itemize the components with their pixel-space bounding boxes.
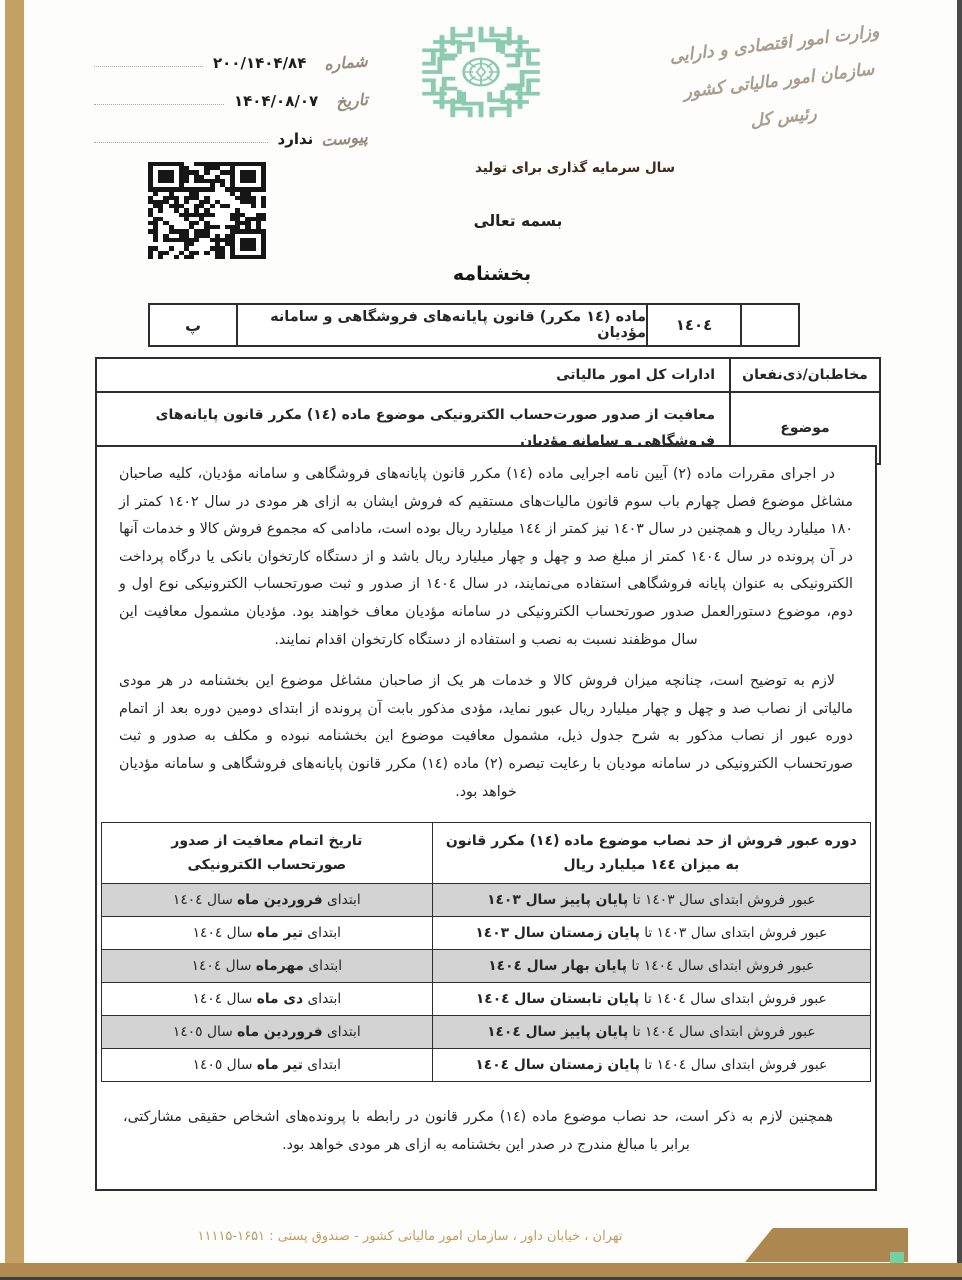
closing-paragraph: همچنین لازم به ذکر است، حد نصاب موضوع ما… [123,1104,849,1159]
exemption-end-date-cell: ابتدای مهرماه سال ١٤٠٤ [102,950,433,983]
basmala-heading: بسمه تعالی [318,212,718,230]
letter-attachment-value: ندارد [278,130,314,148]
bottom-tan-bar [0,1263,962,1277]
period-cell: عبور فروش ابتدای سال ١٤٠٣ تا پایان زمستا… [432,917,870,950]
classification-empty-cell [740,305,798,345]
document-type-heading: بخشنامه [292,263,692,285]
letter-attachment-row: پیوست ندارد [92,110,370,148]
body-paragraph-1: در اجرای مقررات ماده (٢) آیین نامه اجرای… [119,461,853,654]
letter-meta-block: شماره ۲۰۰/۱۴۰۴/۸۴ تاریخ ۱۴۰۴/۰۸/۰۷ پیوست… [92,34,370,148]
letter-number-value: ۲۰۰/۱۴۰۴/۸۴ [213,54,306,72]
period-cell: عبور فروش ابتدای سال ١٤٠٤ تا پایان پاییز… [432,1016,870,1049]
classification-year: ١٤٠٤ [646,305,740,345]
tax-organization-logo-graphic [416,22,546,122]
qr-code [148,162,266,259]
header-date-cell: تاریخ اتمام معافیت از صدور صورتحساب الکت… [102,823,433,884]
audience-label: مخاطبان/ذی‌نفعان [729,359,879,393]
year-slogan-heading: سال سرمایه گذاری برای تولید [375,160,775,176]
letter-date-row: تاریخ ۱۴۰۴/۰۸/۰۷ [92,72,370,110]
table-row: عبور فروش ابتدای سال ١٤٠٣ تا پایان زمستا… [102,917,871,950]
letterhead-calligraphy: وزارت امور اقتصادی و دارایی سازمان امور … [608,6,949,156]
letter-attachment-label: پیوست [321,127,371,150]
table-row: عبور فروش ابتدای سال ١٤٠٤ تا پایان تابست… [102,983,871,1016]
circular-body-box: در اجرای مقررات ماده (٢) آیین نامه اجرای… [95,445,877,1191]
header-period-line2: به میزان ١٤٤ میلیارد ریال [437,853,866,877]
exemption-end-date-cell: ابتدای فروردین ماه سال ١٤٠٥ [102,1016,433,1049]
classification-letter: پ [150,305,236,345]
scan-left-edge-strip [5,0,24,1280]
letter-date-value: ۱۴۰۴/۰۸/۰۷ [234,92,318,110]
footer-address-text: تهران ، خیابان داور ، سازمان امور مالیات… [269,1229,622,1244]
table-header-row: دوره عبور فروش از حد نصاب موضوع ماده (١٤… [102,823,871,884]
table-row: عبور فروش ابتدای سال ١٤٠٤ تا پایان پاییز… [102,1016,871,1049]
dotted-line [94,104,224,105]
table-row: عبور فروش ابتدای سال ١٤٠٣ تا پایان پاییز… [102,884,871,917]
letter-number-row: شماره ۲۰۰/۱۴۰۴/۸۴ [92,34,370,72]
letter-date-label: تاریخ [335,90,370,112]
header-date-line1: تاریخ اتمام معافیت از صدور [106,829,428,853]
header-date-line2: صورتحساب الکترونیکی [106,853,428,877]
footer-tan-parallelogram [745,1228,908,1262]
period-cell: عبور فروش ابتدای سال ١٤٠٤ تا پایان زمستا… [432,1049,870,1082]
footer-postal-code: ۱۱۱۱۵-۱۶۵۱ [198,1229,266,1244]
footer-address: تهران ، خیابان داور ، سازمان امور مالیات… [100,1229,720,1244]
body-paragraph-2: لازم به توضیح است، چنانچه میزان فروش کال… [119,668,853,806]
period-cell: عبور فروش ابتدای سال ١٤٠٣ تا پایان پاییز… [432,884,870,917]
audience-value: ادارات کل امور مالیاتی [97,359,729,393]
period-cell: عبور فروش ابتدای سال ١٤٠٤ تا پایان بهار … [432,950,870,983]
table-row: عبور فروش ابتدای سال ١٤٠٤ تا پایان بهار … [102,950,871,983]
classification-law-title: ماده (١٤ مکرر) قانون پایانه‌های فروشگاهی… [236,305,646,345]
period-cell: عبور فروش ابتدای سال ١٤٠٤ تا پایان تابست… [432,983,870,1016]
letter-number-label: شماره [324,51,371,74]
dotted-line [94,142,268,143]
scan-right-edge-strip [957,0,962,1280]
exemption-schedule-table: دوره عبور فروش از حد نصاب موضوع ماده (١٤… [101,822,871,1082]
exemption-end-date-cell: ابتدای فروردین ماه سال ١٤٠٤ [102,884,433,917]
classification-strip: ١٤٠٤ ماده (١٤ مکرر) قانون پایانه‌های فرو… [148,303,800,347]
exemption-end-date-cell: ابتدای تیر ماه سال ١٤٠٥ [102,1049,433,1082]
scanned-circular-page: وزارت امور اقتصادی و دارایی سازمان امور … [0,0,962,1280]
dotted-line [94,66,203,67]
exemption-end-date-cell: ابتدای دی ماه سال ١٤٠٤ [102,983,433,1016]
header-period-cell: دوره عبور فروش از حد نصاب موضوع ماده (١٤… [432,823,870,884]
header-period-line1: دوره عبور فروش از حد نصاب موضوع ماده (١٤… [437,829,866,853]
table-row: عبور فروش ابتدای سال ١٤٠٤ تا پایان زمستا… [102,1049,871,1082]
tax-organization-logo [416,22,546,122]
exemption-end-date-cell: ابتدای تیر ماه سال ١٤٠٤ [102,917,433,950]
